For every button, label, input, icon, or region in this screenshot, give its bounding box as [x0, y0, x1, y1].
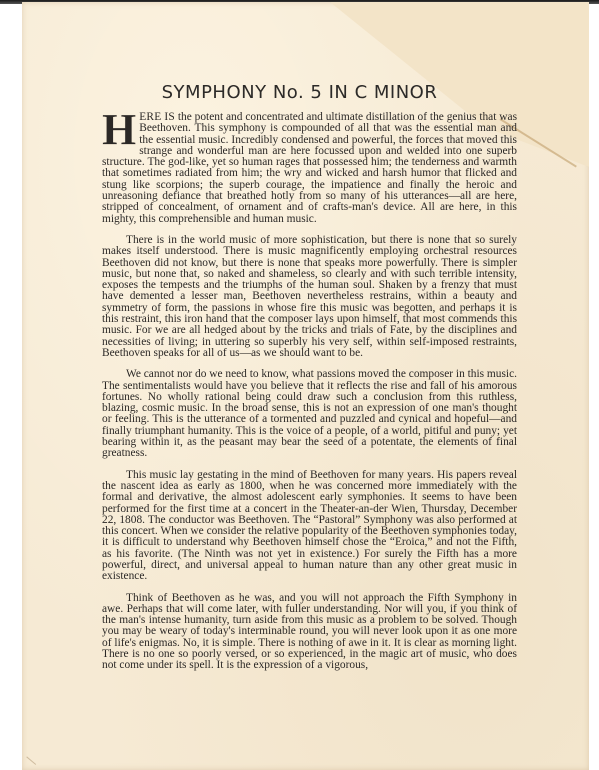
paragraph-2: There is in the world music of more soph…	[102, 235, 517, 359]
paragraph-4: This music lay gestating in the mind of …	[102, 470, 517, 583]
paragraph-3: We cannot nor do we need to know, what p…	[102, 369, 517, 459]
drop-cap: H	[102, 113, 135, 147]
paragraph-5: Think of Beethoven as he was, and you wi…	[102, 593, 517, 672]
page-title: SYMPHONY No. 5 IN C MINOR	[0, 82, 599, 103]
lead-in-caps: ERE IS	[139, 111, 175, 123]
paragraph-1: HERE IS the potent and concentrated and …	[102, 112, 517, 225]
scanned-page: SYMPHONY No. 5 IN C MINOR HERE IS the po…	[0, 0, 599, 770]
paragraph-text: the potent and concentrated and ultimate…	[102, 111, 517, 225]
article-body: HERE IS the potent and concentrated and …	[102, 112, 517, 682]
